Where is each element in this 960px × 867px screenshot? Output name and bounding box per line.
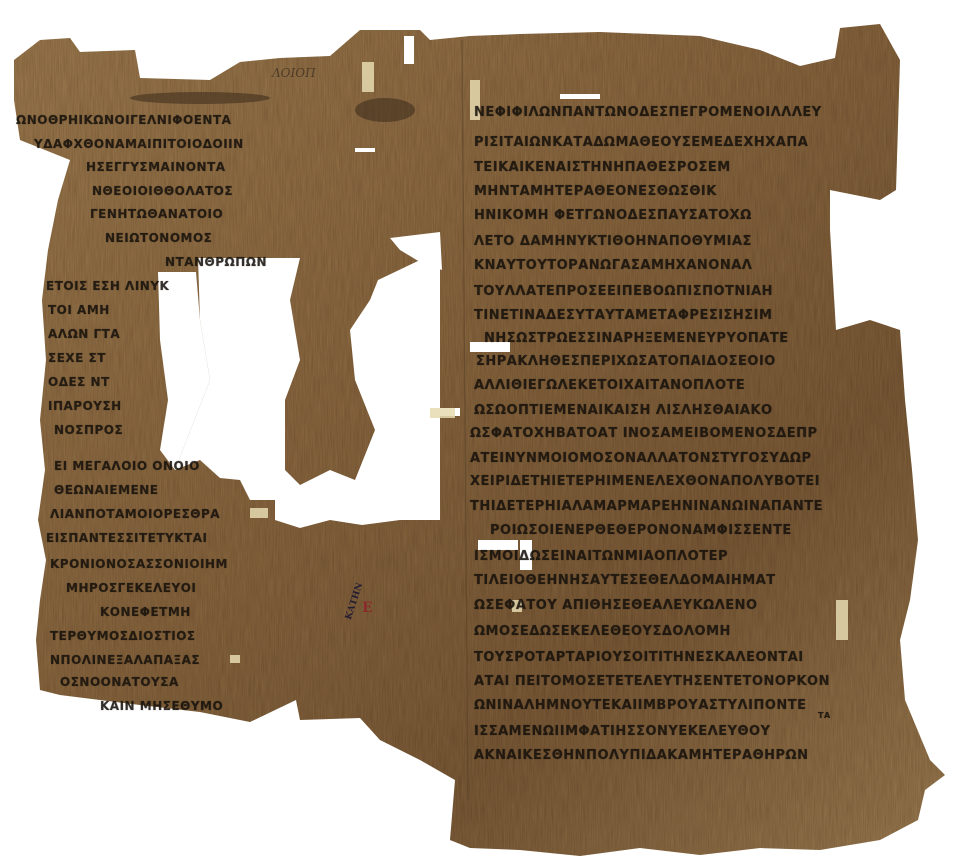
text-line: ΟΔΕΣ ΝΤ [48,374,110,390]
text-line: ΝΠΟΛΙΝΕΞΑΛΑΠΑΞΑΣ [50,652,200,668]
text-line: ΚΝΑΥΤΟΥΤΟΡΑΝΩΓΑΣΑΜΗΧΑΝΟΝΑΛ [474,258,752,274]
text-line: ΑΛΩΝ ΓΤΑ [48,326,120,342]
superscript-correction: ΤΑ [818,708,831,724]
text-line: ΚΟΝΕΦΕΤΜΗ [100,604,191,620]
text-line: ΕΙ ΜΕΓΑΛΟΙΟ ΟΝΟΙΟ [54,458,200,474]
text-line: ΝΤΑΝΘΡΩΠΩΝ [165,254,267,270]
text-line: ΝΗΣΩΣΤΡΩΕΣΣΙΝΑΡΗΞΕΜΕΝΕΥΡΥΟΠΑΤΕ [484,331,789,347]
text-line: ΤΟΥΣΡΟΤΑΡΤΑΡΙΟΥΣΟΙΤΙΤΗΝΕΣΚΑΛΕΟΝΤΑΙ [474,650,804,666]
text-line: ΤΟΥΛΛΑΤΕΠΡΟΣΕΕΙΠΕΒΟΩΠΙΣΠΟΤΝΙΑΗ [474,284,773,300]
text-line: ΜΗΡΟΣΓΕΚΕΛΕΥΟΙ [66,580,196,596]
text-line: ΓΕΝΗΤΩΘΑΝΑΤΟΙΟ [90,206,223,222]
text-line: ΜΗΝΤΑΜΗΤΕΡΑΘΕΟΝΕΣΘΩΣΘΙΚ [474,184,717,200]
text-line: ΩΣΩΟΠΤΙΕΜΕΝΑΙΚΑΙΣΗ ΛΙΣΛΗΣΘΑΙΑΚΟ [474,403,773,419]
text-line: ΕΙΣΠΑΝΤΕΣΣΙΤΕΤΥΚΤΑΙ [46,530,207,546]
text-line: ΚΑΙΝ ΜΗΣΕΘΥΜΟ [100,698,223,714]
text-line: ΙΣΜΟΙΔΩΣΕΙΝΑΙΤΩΝΜΙΑΟΠΛΟΤΕΡ [474,549,728,565]
text-line: ΟΣΝΟΟΝΑΤΟΥΣΑ [60,674,179,690]
text-line: ΡΙΣΙΤΑΙΩΝΚΑΤΑΔΩΜΑΘΕΟΥΣΕΜΕΔΕΧΗΧΑΠΑ [474,135,808,151]
text-line: ΧΕΙΡΙΔΕΤΗΙΕΤΕΡΗΙΜΕΝΕΛΕΧΘΟΝΑΠΟΛΥΒΟΤΕΙ [470,474,820,490]
text-line: ΣΕΧΕ ΣΤ [48,350,106,366]
text-line: ΑΛΛΙΘΙΕΓΩΛΕΚΕΤΟΙΧΑΙΤΑΝΟΠΛΟΤΕ [474,378,745,394]
text-line: ΤΕΙΚΑΙΚΕΝΑΙΣΤΗΝΗΠΑΘΕΣΡΟΣΕΜ [474,160,731,176]
text-line: ΩΝΙΝΑΛΗΜΝΟΥΤΕΚΑΙΙΜΒΡΟΥΑΣΤΥΛΙΠΟΝΤΕ [474,698,807,714]
text-line: ΣΗΡΑΚΛΗΘΕΣΠΕΡΙΧΩΣΑΤΟΠΑΙΔΟΣΕΟΙΟ [476,354,776,370]
text-line: ΩΣΕΦΑΤΟΥ ΑΠΙΘΗΣΕΘΕΑΛΕΥΚΩΛΕΝΟ [474,598,758,614]
text-line: ΤΗΙΔΕΤΕΡΗΙΑΛΑΜΑΡΜΑΡΕΗΝΙΝΑΝΩΙΝΑΠΑΝΤΕ [470,499,823,515]
text-line: ΘΕΩΝΑΙΕΜΕΝΕ [54,482,158,498]
text-line: ΑΤΕΙΝΥΝΜΟΙΟΜΟΣΟΝΑΛΛΑΤΟΝΣΤΥΓΟΣΥΔΩΡ [470,451,811,467]
text-line: ΛΙΑΝΠΟΤΑΜΟΙΟΡΕΣΘΡΑ [50,506,220,522]
text-line: ΗΝΙΚΟΜΗ ΦΕΤΓΩΝΟΔΕΣΠΑΥΣΑΤΟΧΩ [474,208,752,224]
text-line: ΙΠΑΡΟΥΣΗ [48,398,122,414]
text-line: ΚΡΟΝΙΟΝΟΣΑΣΣΟΝΙΟΙΗΜ [50,556,228,572]
text-line: ΡΟΙΩΣΟΙΕΝΕΡΘΕΘΕΡΟΝΟΝΑΜΦΙΣΣΕΝΤΕ [490,523,792,539]
header-note: ΛΟΙΟΠ [272,66,316,80]
text-line: ΑΤΑΙ ΠΕΙΤΟΜΟΣΕΤΕΤΕΛΕΥΤΗΣΕΝΤΕΤΟΝΟΡΚΟΝ [474,674,830,690]
text-line: ΩΝΟΘΡΗΙΚΩΝΟΙΓΕΛΝΙΦΟΕΝΤΑ [16,112,231,128]
text-line: ΝΕΦΙΦΙΛΩΝΠΑΝΤΩΝΟΔΕΣΠΕΓΡΟΜΕΝΟΙΛΛΛΕΥ [474,105,822,121]
text-line: ΩΣΦΑΤΟΧΗΒΑΤΟΑΤ ΙΝΟΣΑΜΕΙΒΟΜΕΝΟΣΔΕΠΡ [470,426,818,442]
text-line: ΝΘΕΟΙΟΙΘΘΟΛΑΤΟΣ [92,183,233,199]
text-line: ΑΚΝΑΙΚΕΣΘΗΝΠΟΛΥΠΙΔΑΚΑΜΗΤΕΡΑΘΗΡΩΝ [474,748,808,764]
text-line: ΗΣΕΓΓΥΣΜΑΙΝΟΝΤΑ [86,159,226,175]
text-line: ΥΔΑΦΧΘΟΝΑΜΑΙΠΙΤΟΙΟΔΟΙΙΝ [34,136,244,152]
text-line: ΤΕΡΘΥΜΟΣΔΙΟΣΤΙΟΣ [50,628,196,644]
text-line: ΩΜΟΣΕΔΩΣΕΚΕΛΕΘΕΟΥΣΔΟΛΟΜΗ [474,624,731,640]
text-line: ΛΕΤΟ ΔΑΜΗΝΥΚΤΙΘΟΗΝΑΠΟΘΥΜΙΑΣ [474,234,752,250]
text-line: ΤΙΝΕΤΙΝΑΔΕΣΥΤΑΥΤΑΜΕΤΑΦΡΕΣΙΣΗΣΙΜ [474,308,772,324]
text-line: ΝΟΣΠΡΟΣ [54,422,123,438]
text-line: ΙΣΣΑΜΕΝΩΙΙΜΦΑΤΙΗΣΣΟΝΥΕΚΕΛΕΥΘΟΥ [474,724,771,740]
text-line: ΤΟΙ ΑΜΗ [48,302,110,318]
text-line: ΕΤΟΙΣ ΕΣΗ ΛΙΝΥΚ [46,278,169,294]
text-line: ΝΕΙΩΤΟΝΟΜΟΣ [105,230,212,246]
text-line: ΤΙΛΕΙΟΘΕΗΝΗΣΑΥΤΕΣΕΘΕΛΔΟΜΑΙΗΜΑΤ [474,573,776,589]
papyrus-photograph: ΛΟΙΟΠ ΩΝΟΘΡΗΙΚΩΝΟΙΓΕΛΝΙΦΟΕΝΤΑ ΥΔΑΦΧΘΟΝΑΜ… [0,0,960,867]
red-ink-mark: Ε [362,600,373,616]
